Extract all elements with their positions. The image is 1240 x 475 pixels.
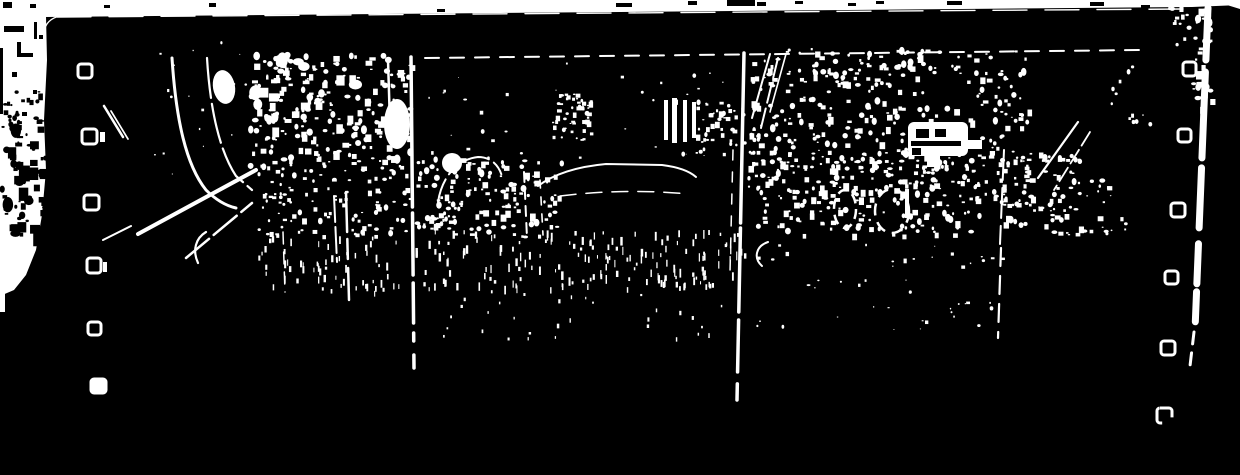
black-base xyxy=(0,0,1240,475)
binarized-photo-frame xyxy=(0,0,1240,475)
scene-svg xyxy=(0,0,1240,475)
